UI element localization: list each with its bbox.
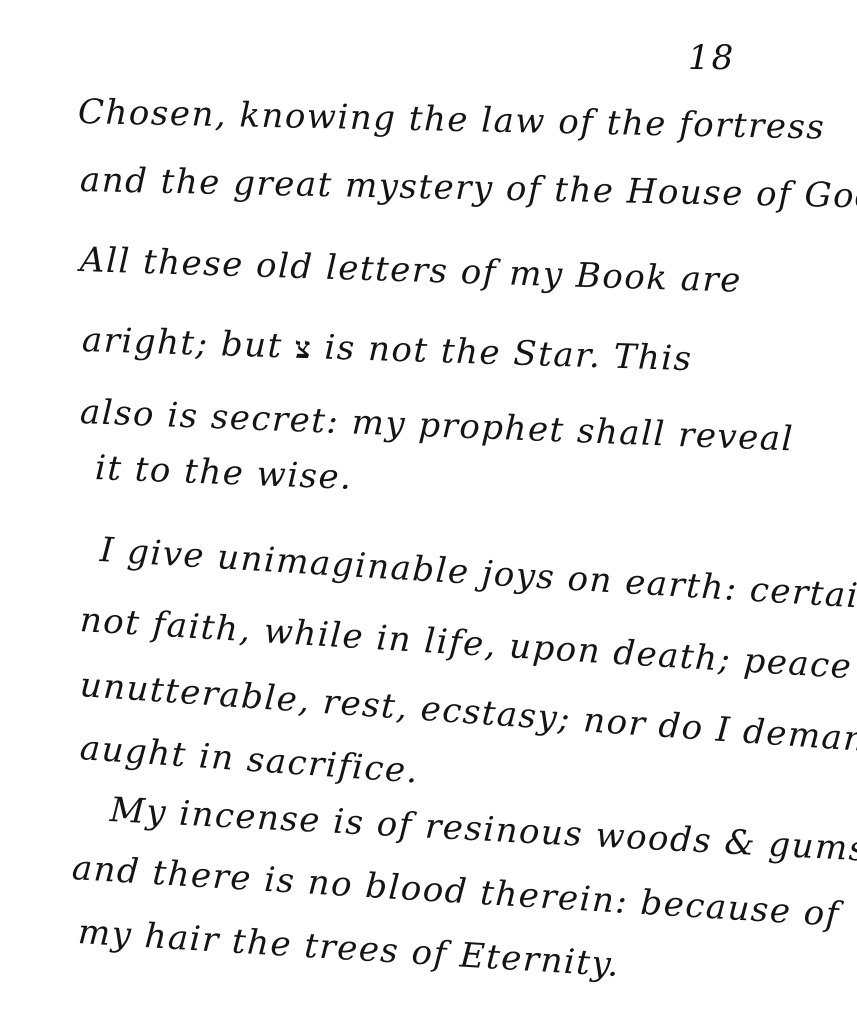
line-5: also is secret: my prophet shall reveal bbox=[79, 392, 794, 459]
line-13: my hair the trees of Eternity. bbox=[77, 912, 621, 985]
line-4-before: aright; but bbox=[81, 320, 295, 367]
page-number: 18 bbox=[688, 38, 735, 78]
manuscript-page: 18 Chosen, knowing the law of the fortre… bbox=[0, 0, 857, 1024]
line-4: aright; but צ is not the Star. This bbox=[81, 320, 693, 379]
line-3: All these old letters of my Book are bbox=[79, 240, 742, 301]
line-2: and the great mystery of the House of Go… bbox=[80, 160, 857, 217]
line-1: Chosen, knowing the law of the fortress bbox=[78, 92, 826, 148]
tzaddi-glyph-icon: צ bbox=[294, 331, 312, 367]
line-6: it to the wise. bbox=[94, 448, 353, 498]
line-4-after: is not the Star. This bbox=[312, 327, 694, 379]
line-10: aught in sacrifice. bbox=[79, 728, 421, 792]
line-7: I give unimaginable joys on earth: certa… bbox=[99, 530, 857, 620]
